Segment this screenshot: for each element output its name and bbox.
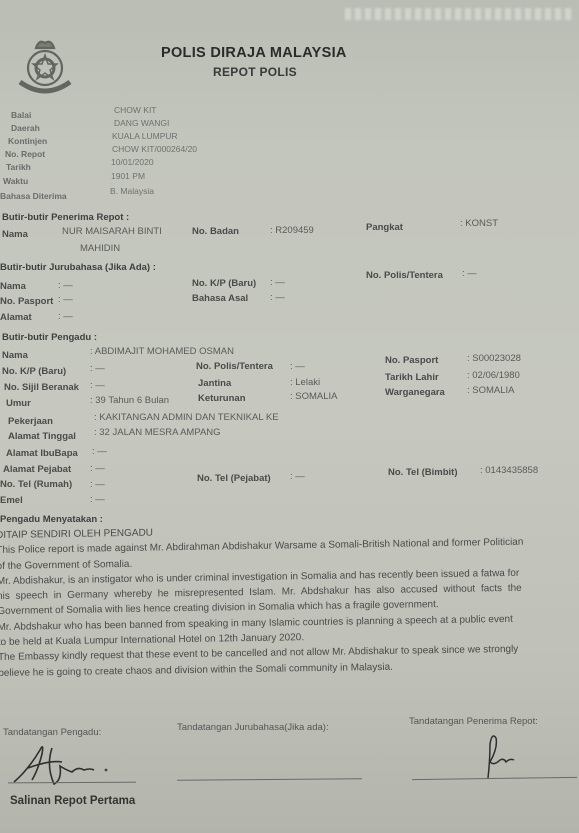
complainant-office-address-label: Alamat Pejabat [3, 464, 71, 475]
complainant-parent-address-value: : — [92, 446, 107, 457]
report-info-value: CHOW KIT/000264/20 [112, 144, 197, 154]
receiver-signature-icon [470, 730, 530, 780]
complainant-name-label: Nama [2, 350, 28, 361]
complainant-ic-value: : — [90, 363, 105, 374]
report-info-label: No. Repot [5, 149, 45, 159]
report-info-value: KUALA LUMPUR [112, 131, 178, 141]
interpreter-passport-value: : — [58, 294, 73, 305]
interpreter-name-label: Nama [0, 281, 26, 292]
report-info-value: B. Malaysia [110, 186, 154, 196]
footer-copy-label: Salinan Repot Pertama [10, 795, 135, 807]
report-info-label: Kontinjen [8, 136, 47, 146]
receiver-name-label: Nama [2, 229, 28, 240]
complainant-ic-label: No. K/P (Baru) [2, 366, 66, 377]
interpreter-address-value: : — [58, 311, 73, 322]
complainant-citizenship-value: : SOMALIA [467, 385, 515, 396]
complainant-birthcert-label: No. Sijil Beranak [4, 382, 79, 393]
complainant-race-value: : SOMALIA [290, 391, 338, 402]
complainant-home-tel-value: : — [90, 479, 105, 490]
statement-body: DITAIP SENDIRI OLEH PENGADU This Police … [0, 520, 525, 681]
interpreter-name-value: : — [58, 280, 73, 291]
report-info-value: 10/01/2020 [111, 157, 154, 167]
complainant-signature-label: Tandatangan Pengadu: [3, 727, 101, 738]
interpreter-police-label: No. Polis/Tentera [366, 270, 443, 281]
complainant-age-value: : 39 Tahun 6 Bulan [90, 395, 169, 406]
complainant-email-value: : — [90, 494, 105, 505]
interpreter-signature-line [177, 778, 362, 781]
report-info-label: Tarikh [6, 162, 31, 172]
interpreter-section-title: Butir-butir Jurubahasa (Jika Ada) : [0, 262, 156, 273]
receiver-signature-label: Tandatangan Penerima Repot: [409, 716, 538, 727]
receiver-badge-value: : R209459 [270, 225, 314, 236]
complainant-race-label: Keturunan [198, 393, 246, 404]
receiver-name-value-line2: MAHIDIN [80, 243, 120, 254]
complainant-gender-value: : Lelaki [290, 377, 320, 388]
complainant-citizenship-label: Warganegara [385, 387, 445, 398]
document-subtitle: REPOT POLIS [213, 65, 297, 79]
complainant-mobile-tel-value: : 0143435858 [480, 465, 538, 476]
complainant-home-address-label: Alamat Tinggal [8, 431, 76, 442]
complainant-parent-address-label: Alamat IbuBapa [6, 448, 78, 459]
interpreter-language-label: Bahasa Asal [192, 293, 248, 304]
complainant-office-address-value: : — [90, 463, 105, 474]
illegible-header-stamp [345, 8, 575, 20]
complainant-occupation-value: : KAKITANGAN ADMIN DAN TEKNIKAL KE [94, 412, 279, 423]
complainant-gender-label: Jantina [198, 378, 231, 389]
document-title: POLIS DIRAJA MALAYSIA [161, 45, 347, 61]
report-info-label: Waktu [3, 176, 28, 186]
report-info-value: DANG WANGI [114, 118, 169, 128]
complainant-office-tel-label: No. Tel (Pejabat) [197, 473, 271, 484]
complainant-mobile-tel-label: No. Tel (Bimbit) [388, 467, 457, 478]
complainant-birthcert-value: : — [90, 380, 105, 391]
report-info-label: Bahasa Diterima [0, 191, 67, 201]
complainant-occupation-label: Pekerjaan [8, 416, 53, 427]
complainant-home-address-value: : 32 JALAN MESRA AMPANG [94, 427, 221, 438]
interpreter-ic-value: : — [270, 277, 285, 288]
report-info-value: 1901 PM [111, 171, 145, 181]
interpreter-passport-label: No. Pasport [0, 296, 53, 307]
interpreter-signature-label: Tandatangan Jurubahasa(Jika ada): [177, 722, 329, 733]
complainant-passport-value: : S00023028 [467, 353, 521, 364]
report-info-label: Balai [11, 110, 31, 120]
interpreter-language-value: : — [270, 292, 285, 303]
complainant-police-label: No. Polis/Tentera [196, 361, 273, 372]
complainant-passport-label: No. Pasport [385, 355, 438, 366]
complainant-dob-value: : 02/06/1980 [467, 370, 520, 381]
interpreter-address-label: Alamat [0, 312, 32, 323]
receiver-rank-label: Pangkat [366, 222, 403, 233]
complainant-age-label: Umur [6, 398, 31, 409]
receiver-name-value: NUR MAISARAH BINTI [62, 226, 162, 237]
interpreter-ic-label: No. K/P (Baru) [192, 278, 256, 289]
complainant-office-tel-value: : — [290, 471, 305, 482]
statement-section-title: Pengadu Menyatakan : [0, 514, 103, 525]
complainant-dob-label: Tarikh Lahir [385, 372, 439, 383]
report-info-label: Daerah [11, 123, 40, 133]
complainant-police-value: : — [290, 361, 305, 372]
report-info-value: CHOW KIT [114, 105, 157, 115]
interpreter-police-value: : — [462, 268, 477, 279]
complainant-email-label: Emel [0, 495, 23, 506]
complainant-section-title: Butir-butir Pengadu : [2, 332, 97, 343]
police-crest-icon [14, 34, 76, 100]
complainant-name-value: : ABDIMAJIT MOHAMED OSMAN [90, 346, 234, 357]
receiver-badge-label: No. Badan [192, 226, 239, 237]
complainant-home-tel-label: No. Tel (Rumah) [0, 479, 72, 490]
receiver-section-title: Butir-butir Penerima Repot : [2, 212, 129, 223]
receiver-rank-value: : KONST [460, 218, 498, 229]
